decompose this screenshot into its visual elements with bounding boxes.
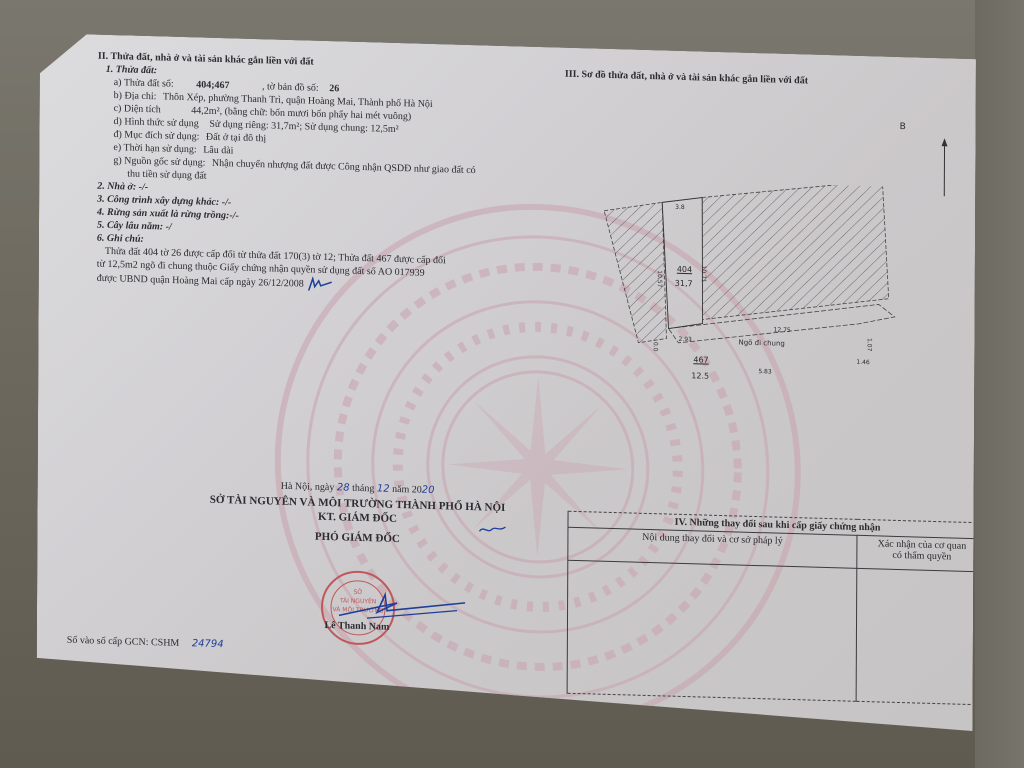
north-label: B <box>900 121 906 134</box>
dim-corner: 1.46 <box>856 356 869 369</box>
changes-content-cell <box>567 560 857 701</box>
changes-col-authority: Xác nhận của cơ quan có thẩm quyền <box>857 535 987 572</box>
address-label: b) Địa chỉ: <box>114 90 157 102</box>
dim-right-edge: 1.07 <box>863 338 876 352</box>
plot-diagram <box>598 179 899 387</box>
dim-middle: 10.71 <box>697 265 710 283</box>
parcel-404-id: 404 <box>677 263 692 276</box>
section-2: II. Thửa đất, nhà ở và tài sản khác gắn … <box>97 50 477 298</box>
initials-signature-2-icon <box>477 523 507 536</box>
dim-left: 10.57 <box>653 270 666 288</box>
alley-label: Ngõ đi chung <box>738 337 784 351</box>
term-label: e) Thời hạn sử dụng: <box>113 142 196 155</box>
date-month: 12 <box>377 483 390 494</box>
dim-bottom-inner: 2.93 <box>678 333 691 346</box>
year-label: năm 20 <box>392 484 422 496</box>
parcel-label: a) Thửa đất số: <box>114 77 174 90</box>
dim-top: 3.8 <box>675 201 685 214</box>
date-prefix: Hà Nội, ngày <box>281 481 335 493</box>
table-surface-right <box>975 0 1024 768</box>
date-day: 28 <box>337 482 350 493</box>
director-signature-icon <box>337 581 467 625</box>
registry-label: Số vào sổ cấp GCN: CSHM <box>67 635 180 649</box>
map-sheet-label: , tờ bản đồ số: <box>262 81 319 94</box>
parcel-value: 404;467 <box>196 79 229 91</box>
dim-alley: 5.83 <box>758 365 771 378</box>
notes-line-3-text: được UBND quận Hoàng Mai cấp ngày 26/12/… <box>97 273 304 290</box>
dim-bottom-right: 12.75 <box>774 323 791 336</box>
parcel-467-id: 467 <box>693 353 708 366</box>
initials-signature-icon <box>306 276 332 293</box>
changes-table: IV. Những thay đổi sau khi cấp giấy chứn… <box>567 511 988 706</box>
section-3-title: III. Sơ đồ thửa đất, nhà ở và tài sản kh… <box>565 68 808 88</box>
map-sheet-value: 26 <box>329 83 339 94</box>
north-arrow-icon <box>939 138 949 198</box>
registry-line: Số vào sổ cấp GCN: CSHM 24794 <box>67 634 224 651</box>
parcel-404-area: 31,7 <box>675 277 693 290</box>
term-value: Lâu dài <box>203 145 233 157</box>
area-label: c) Diện tích <box>114 103 161 115</box>
registry-number: 24794 <box>192 638 224 650</box>
parcel-467-area: 12.5 <box>691 369 709 382</box>
month-label: tháng <box>352 483 374 495</box>
changes-authority-cell <box>856 568 987 705</box>
role-2: PHÓ GIÁM ĐỐC <box>187 527 527 549</box>
date-year: 20 <box>422 485 435 496</box>
dim-small: 0.0 <box>649 342 662 352</box>
land-certificate-page: II. Thửa đất, nhà ở và tài sản khác gắn … <box>36 33 976 731</box>
purpose-value: Đất ở tại đô thị <box>206 132 266 145</box>
